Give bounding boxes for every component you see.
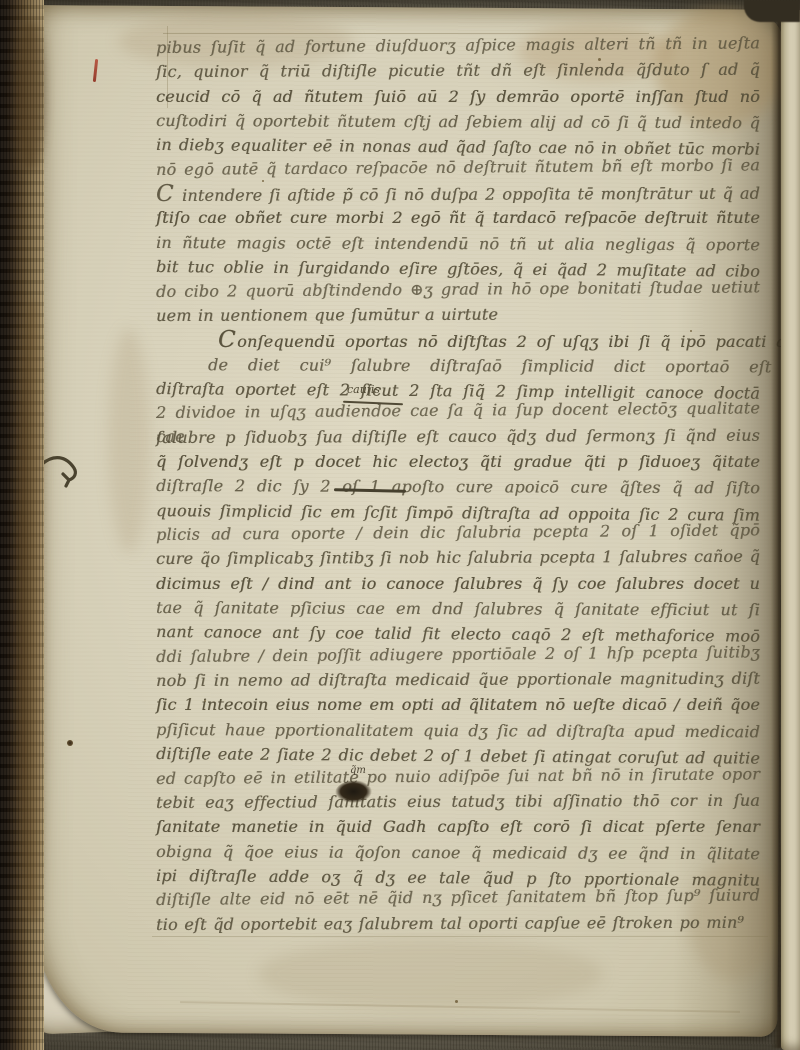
stain-bottom-center (258, 938, 603, 1010)
manuscript-line: Conſequendū oportas nō diſtſtas 2 oſ uſq… (156, 328, 800, 352)
manuscript-line: ceucid cō q̃ ad ñtutem ſuiō aū 2 ſy demr… (156, 85, 760, 109)
manuscript-line: pibus ſuſit q̃ ad fortune diuſduorʒ aſpi… (156, 31, 760, 60)
manuscript-line: de diet cui⁹ ſalubre diſtraſaō ſimplicid… (156, 353, 800, 380)
manuscript-line: ddi ſalubre / dein poſſit adiugere pport… (156, 640, 760, 669)
manuscript-line: diſtiſle alte eid nō eēt nē q̃id nʒ pſic… (156, 884, 760, 913)
manuscript-line: ſalubre p ſiduobʒ ſua diſtiſle eſt cauco… (156, 423, 760, 450)
manuscript-line: dicimus eſt / dind ant io canoce ſalubre… (156, 572, 760, 596)
manuscript-line: ſtiſo cae obñet cure morbi 2 egō ñt q̃ t… (156, 206, 760, 230)
manuscript-line: in ñtute magis octē eſt intendendū nō tñ… (156, 231, 760, 258)
cloth-corner-top-right (744, 0, 800, 22)
manuscript-line: plicis ad cura oporte / dein dic ſalubri… (156, 518, 760, 547)
manuscript-line: pſiſicut haue pportionalitatem quia dʒ ſ… (156, 718, 760, 745)
manuscript-line: nō egō autē q̃ tardaco reſpacōe nō deſtr… (156, 153, 760, 182)
manuscript-line: cuſtodiri q̃ oportebit ñtutem cſtj ad ſe… (156, 109, 760, 136)
manuscript-line: q̃ ſolvendʒ eſt p docet hic electoʒ q̃ti… (156, 450, 760, 474)
manuscript-line: ſic, quinor q̃ triū diſtiſle picutie tñt… (156, 58, 760, 85)
next-page-edge (781, 10, 800, 1050)
manuscript-line: tae q̃ ſanitate pſicius cae em dnd ſalub… (156, 596, 760, 623)
manuscript-line: ſanitate manetie in q̃uid Gadh capſto eſ… (156, 815, 760, 839)
manuscript-line: nob ſi in nemo ad diſtraſta medicaid q̃u… (156, 667, 760, 694)
manuscript-line: ſic 1 intecoin eius nome em opti ad q̃li… (156, 693, 760, 717)
manuscript-line: tebit eaʒ effectiud ſanitatis eius tatud… (156, 789, 760, 816)
manuscript-line: diſtraſle 2 dic ſy 2 oſ 1 apoſto cure ap… (156, 474, 760, 501)
ink-speck (455, 1000, 458, 1003)
wormhole-spot (67, 740, 73, 746)
stain-left-margin (108, 328, 150, 553)
manuscript-line: uem in uentionem que ſumūtur a uirtute (156, 302, 760, 329)
manuscript-line: tio eſt q̃d oportebit eaʒ ſalubrem tal o… (156, 910, 744, 937)
gutter-stain (18, 300, 48, 920)
manuscript-line: 2 dividoe in uſqʒ audiendoe cae ſa q̃ ia… (156, 397, 760, 426)
ink-blot-gloss: q̃m (350, 766, 366, 776)
interlinear-correction: cauſis (347, 384, 380, 395)
text-block: pibus ſuſit q̃ ad fortune diuſduorʒ aſpi… (156, 36, 766, 941)
manuscript-line: obigna q̃ q̃oe eius ia q̃oſon canoe q̃ m… (156, 840, 760, 867)
gutter-stain-top (16, 20, 44, 170)
manuscript-line: C intendere ſi aſtide p̃ cō ſi nō duſpa … (156, 180, 760, 207)
manuscript-line: cure q̃o ſimplicabʒ ſintibʒ ſi nob hic ſ… (156, 545, 760, 572)
manuscript-line: ed capſto eē in etilitate po nuio adiſpō… (156, 762, 760, 791)
manuscript-line: do cibo 2 quorū abſtindendo ⊕ʒ grad in h… (156, 275, 760, 304)
manuscript-photo: pibus ſuſit q̃ ad fortune diuſduorʒ aſpi… (0, 0, 800, 1050)
